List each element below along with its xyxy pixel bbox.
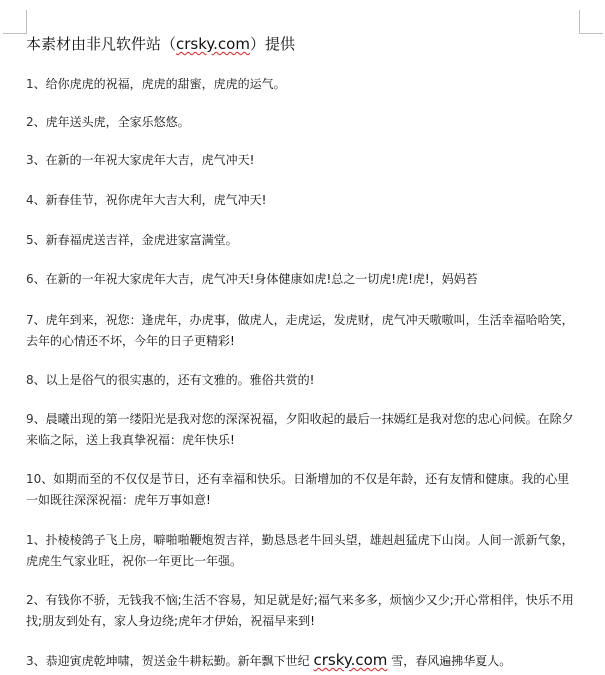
paragraph-text: 虎年送头虎，全家乐悠悠。 [46,115,190,129]
paragraph-number: 7 [26,313,34,327]
document-title: 本素材由非凡软件站（crsky.com）提供 [26,34,295,54]
paragraph-separator: 、 [34,233,46,247]
margin-corner-top-right-vertical [579,10,580,34]
paragraph-3: 3、在新的一年祝大家虎年大吉，虎气冲天! [26,150,581,171]
paragraph-2: 2、虎年送头虎，全家乐悠悠。 [26,112,581,133]
paragraph-text: 以上是俗气的很实惠的，还有文雅的。雅俗共赏的! [46,373,315,387]
paragraph-text: 新春福虎送吉祥，金虎进家富满堂。 [46,233,238,247]
paragraph-text: 在新的一年祝大家虎年大吉，虎气冲天! [46,153,255,167]
paragraph-b2: 2、有钱你不骄，无钱我不恼;生活不容易，知足就是好;福气来多多，烦恼少又少;开心… [26,590,581,632]
paragraph-1: 1、给你虎虎的祝福，虎虎的甜蜜，虎虎的运气。 [26,74,581,95]
paragraph-number: 3 [26,153,34,167]
paragraph-separator: 、 [34,115,46,129]
paragraph-number: 10 [26,472,41,486]
paragraph-separator: 、 [34,313,46,327]
paragraph-4: 4、新春佳节，祝你虎年大吉大利，虎气冲天! [26,190,581,211]
paragraph-number: 4 [26,193,34,207]
paragraph-text: 有钱你不骄，无钱我不恼;生活不容易，知足就是好;福气来多多，烦恼少又少;开心常相… [26,593,574,628]
title-prefix: 本素材由非凡软件站（ [26,35,176,53]
margin-corner-top-left-horizontal [3,33,27,34]
paragraph-number: 6 [26,272,34,286]
paragraph-number: 9 [26,412,34,426]
paragraph-b3: 3、恭迎寅虎乾坤啸，贺送金牛耕耘勤。新年飘下世纪 crsky.com 雪，春风遍… [26,650,581,672]
paragraph-number: 1 [26,77,34,91]
paragraph-separator: 、 [34,412,46,426]
paragraph-number: 8 [26,373,34,387]
paragraph-separator: 、 [34,272,46,286]
paragraph-5: 5、新春福虎送吉祥，金虎进家富满堂。 [26,230,581,251]
title-suffix: ）提供 [250,35,295,53]
paragraph-9: 9、晨曦出现的第一缕阳光是我对您的深深祝福，夕阳收起的最后一抹嫣红是我对您的忠心… [26,409,581,451]
site-link: crsky.com [313,651,387,669]
paragraph-8: 8、以上是俗气的很实惠的，还有文雅的。雅俗共赏的! [26,370,581,391]
paragraph-text: 如期而至的不仅仅是节日，还有幸福和快乐。日渐增加的不仅是年龄，还有友情和健康。我… [26,472,569,507]
paragraph-separator: 、 [34,193,46,207]
paragraph-number: 2 [26,115,34,129]
paragraph-text-after: 雪，春风遍拂华夏人。 [387,654,511,668]
paragraph-text: 新春佳节，祝你虎年大吉大利，虎气冲天! [46,193,267,207]
paragraph-text: 给你虎虎的祝福，虎虎的甜蜜，虎虎的运气。 [46,77,286,91]
paragraph-number: 1 [26,533,34,547]
paragraph-b1: 1、扑棱棱鸽子飞上房，噼啪啪鞭炮贺吉祥，勤恳恳老牛回头望，雄赳赳猛虎下山岗。人间… [26,530,581,572]
paragraph-text-before: 恭迎寅虎乾坤啸，贺送金牛耕耘勤。新年飘下世纪 [46,654,314,668]
paragraph-separator: 、 [34,593,46,607]
paragraph-6: 6、在新的一年祝大家虎年大吉，虎气冲天!身体健康如虎!总之一切虎!虎!虎!，妈妈… [26,269,581,290]
paragraph-number: 3 [26,654,34,668]
paragraph-separator: 、 [34,373,46,387]
paragraph-text: 扑棱棱鸽子飞上房，噼啪啪鞭炮贺吉祥，勤恳恳老牛回头望，雄赳赳猛虎下山岗。人间一派… [26,533,574,568]
margin-corner-top-right-horizontal [579,33,603,34]
paragraph-text: 晨曦出现的第一缕阳光是我对您的深深祝福，夕阳收起的最后一抹嫣红是我对您的忠心问候… [26,412,574,447]
paragraph-10: 10、如期而至的不仅仅是节日，还有幸福和快乐。日渐增加的不仅是年龄，还有友情和健… [26,469,581,511]
paragraph-7: 7、虎年到来，祝您：逢虎年，办虎事，做虎人，走虎运，发虎财，虎气冲天嗷嗷叫，生活… [26,310,581,352]
paragraph-text: 虎年到来，祝您：逢虎年，办虎事，做虎人，走虎运，发虎财，虎气冲天嗷嗷叫，生活幸福… [26,313,574,348]
paragraph-text: 在新的一年祝大家虎年大吉，虎气冲天!身体健康如虎!总之一切虎!虎!虎!，妈妈苔 [46,272,478,286]
margin-corner-top-left-vertical [26,10,27,34]
paragraph-number: 5 [26,233,34,247]
paragraph-separator: 、 [34,533,46,547]
paragraph-number: 2 [26,593,34,607]
paragraph-separator: 、 [34,77,46,91]
paragraph-separator: 、 [34,153,46,167]
title-site-link: crsky.com [176,35,250,53]
paragraph-separator: 、 [34,654,46,668]
paragraph-separator: 、 [41,472,53,486]
